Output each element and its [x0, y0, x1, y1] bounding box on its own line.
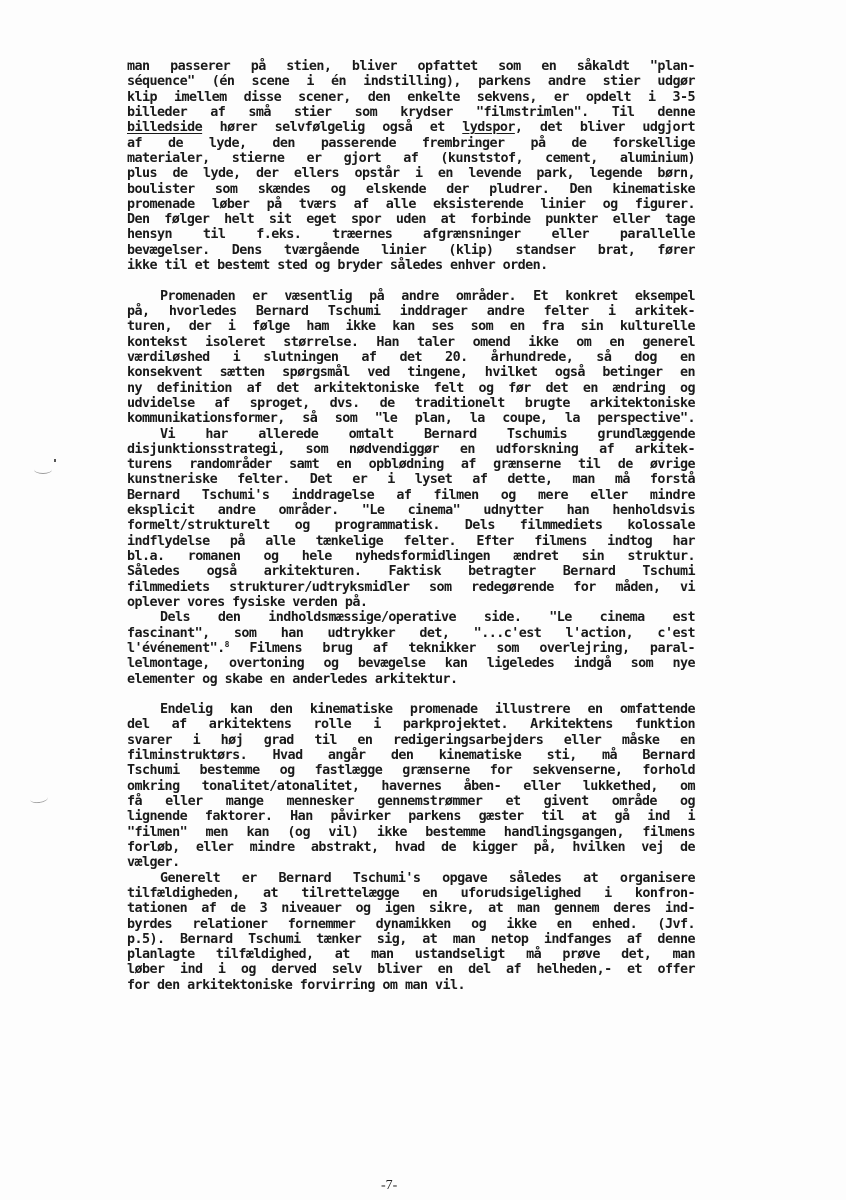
- text-line: lelmontage, overtoning og bevægelse kan …: [127, 656, 695, 671]
- text-line: Promenaden er væsentlig på andre områder…: [127, 289, 695, 304]
- text-line: ny definition af det arkitektoniske felt…: [127, 381, 695, 396]
- text-line: disjunktionsstrategi, som nødvendiggør e…: [127, 442, 695, 457]
- text-line: Den følger helt sit eget spor uden at fo…: [127, 212, 695, 227]
- text-line: promenade løber på tværs af alle eksiste…: [127, 197, 695, 212]
- paragraph: Dels den indholdsmæssige/operative side.…: [127, 610, 695, 687]
- text-line: klip imellem disse scener, den enkelte s…: [127, 90, 695, 105]
- text-line: på, hvorledes Bernard Tschumi inddrager …: [127, 304, 695, 319]
- text-line: Endelig kan den kinematiske promenade il…: [127, 702, 695, 717]
- text-segment: Filmens brug af teknikker som overlejrin…: [229, 641, 695, 656]
- text-line: Generelt er Bernard Tschumi's opgave sål…: [127, 871, 695, 886]
- text-line: hensyn til f.eks. træernes afgrænsninger…: [127, 227, 695, 242]
- text-line: turen, der i følge ham ikke kan ses som …: [127, 319, 695, 334]
- text-line: for den arkitektoniske forvirring om man…: [127, 978, 695, 993]
- text-line: p.5). Bernard Tschumi tænker sig, at man…: [127, 932, 695, 947]
- text-line: vælger.: [127, 855, 695, 870]
- text-line: Dels den indholdsmæssige/operative side.…: [127, 610, 695, 625]
- margin-scan-mark: [34, 465, 52, 474]
- text-line: byrdes relationer fornemmer dynamikken o…: [127, 917, 695, 932]
- text-line: bl.a. romanen og hele nyhedsformidlingen…: [127, 549, 695, 564]
- text-line: turens randområder samt en opblødning af…: [127, 457, 695, 472]
- text-line: séquence" (én scene i én indstilling), p…: [127, 74, 695, 89]
- text-line: elementer og skabe en anderledes arkitek…: [127, 672, 695, 687]
- text-line: filminstruktørs. Hvad angår den kinemati…: [127, 748, 695, 763]
- underlined-term: lydspor: [462, 120, 515, 135]
- text-line: kunstneriske felter. Det er i lyset af d…: [127, 472, 695, 487]
- text-line: Vi har allerede omtalt Bernard Tschumis …: [127, 427, 695, 442]
- text-line: boulister som skændes og elskende der pl…: [127, 182, 695, 197]
- text-line: plus de lyde, der ellers opstår i en lev…: [127, 166, 695, 181]
- text-line: "filmen" men kan (og vil) ikke bestemme …: [127, 825, 695, 840]
- text-line: tilfældigheden, at tilrettelægge en ufor…: [127, 886, 695, 901]
- text-line: indflydelse på alle tænkelige felter. Ef…: [127, 534, 695, 549]
- text-line: lignende faktorer. Han påvirker parkens …: [127, 809, 695, 824]
- text-segment: hører selvfølgelig også et: [202, 120, 462, 135]
- margin-scan-dot: [54, 459, 56, 462]
- text-line: Bernard Tschumi's inddragelse af filmen …: [127, 488, 695, 503]
- paragraph: Vi har allerede omtalt Bernard Tschumis …: [127, 427, 695, 611]
- text-line: del af arkitektens rolle i parkprojektet…: [127, 717, 695, 732]
- text-line: oplever vores fysiske verden på.: [127, 595, 695, 610]
- text-line: kommunikationsformer, så som "le plan, l…: [127, 411, 695, 426]
- text-segment: , det bliver udgjort: [515, 120, 695, 135]
- underlined-term: billedside: [127, 120, 202, 135]
- text-line: filmmediets strukturer/udtryksmidler som…: [127, 580, 695, 595]
- paragraph: Endelig kan den kinematiske promenade il…: [127, 702, 695, 870]
- text-line: omkring tonalitet/atonalitet, havernes å…: [127, 779, 695, 794]
- text-line: planlagte tilfældighed, at man ustandsel…: [127, 947, 695, 962]
- text-line: eksplicit andre områder. "Le cinema" udn…: [127, 503, 695, 518]
- text-line: billeder af små stier som krydser "films…: [127, 105, 695, 120]
- text-line: svarer i høj grad til en redigeringsarbe…: [127, 733, 695, 748]
- text-line: løber ind i og derved selv bliver en del…: [127, 962, 695, 977]
- text-line: man passerer på stien, bliver opfattet s…: [127, 59, 695, 74]
- text-line: materialer, stierne er gjort af (kunstst…: [127, 151, 695, 166]
- text-line: værdiløshed i slutningen af det 20. århu…: [127, 350, 695, 365]
- text-segment: l'événement".: [127, 641, 225, 656]
- text-line: l'événement".8 Filmens brug af teknikker…: [127, 641, 695, 656]
- text-line: ikke til et bestemt sted og bryder såled…: [127, 258, 695, 273]
- text-line: billedside hører selvfølgelig også et ly…: [127, 120, 695, 135]
- text-line: kontekst isoleret størrelse. Han taler o…: [127, 335, 695, 350]
- margin-scan-mark: [29, 793, 48, 804]
- text-line: af de lyde, den passerende frembringer p…: [127, 136, 695, 151]
- paragraph: Generelt er Bernard Tschumi's opgave sål…: [127, 871, 695, 994]
- page-number: -7-: [381, 1178, 397, 1194]
- text-line: konsekvent sætten spørgsmål ved tingene,…: [127, 365, 695, 380]
- text-line: Således også arkitekturen. Faktisk betra…: [127, 564, 695, 579]
- text-line: formelt/strukturelt og programmatisk. De…: [127, 518, 695, 533]
- text-line: udvidelse af sproget, dvs. de traditione…: [127, 396, 695, 411]
- document-body: man passerer på stien, bliver opfattet s…: [127, 59, 695, 993]
- text-line: bevægelser. Dens tværgående linier (klip…: [127, 243, 695, 258]
- text-line: Tschumi bestemme og fastlægge grænserne …: [127, 763, 695, 778]
- paragraph: Promenaden er væsentlig på andre områder…: [127, 289, 695, 427]
- text-line: forløb, eller mindre abstrakt, hvad de k…: [127, 840, 695, 855]
- text-line: fascinant", som han udtrykker det, "...c…: [127, 626, 695, 641]
- text-line: få eller mange mennesker gennemstrømmer …: [127, 794, 695, 809]
- paragraph: man passerer på stien, bliver opfattet s…: [127, 59, 695, 273]
- text-line: tationen af de 3 niveauer og igen sikre,…: [127, 901, 695, 916]
